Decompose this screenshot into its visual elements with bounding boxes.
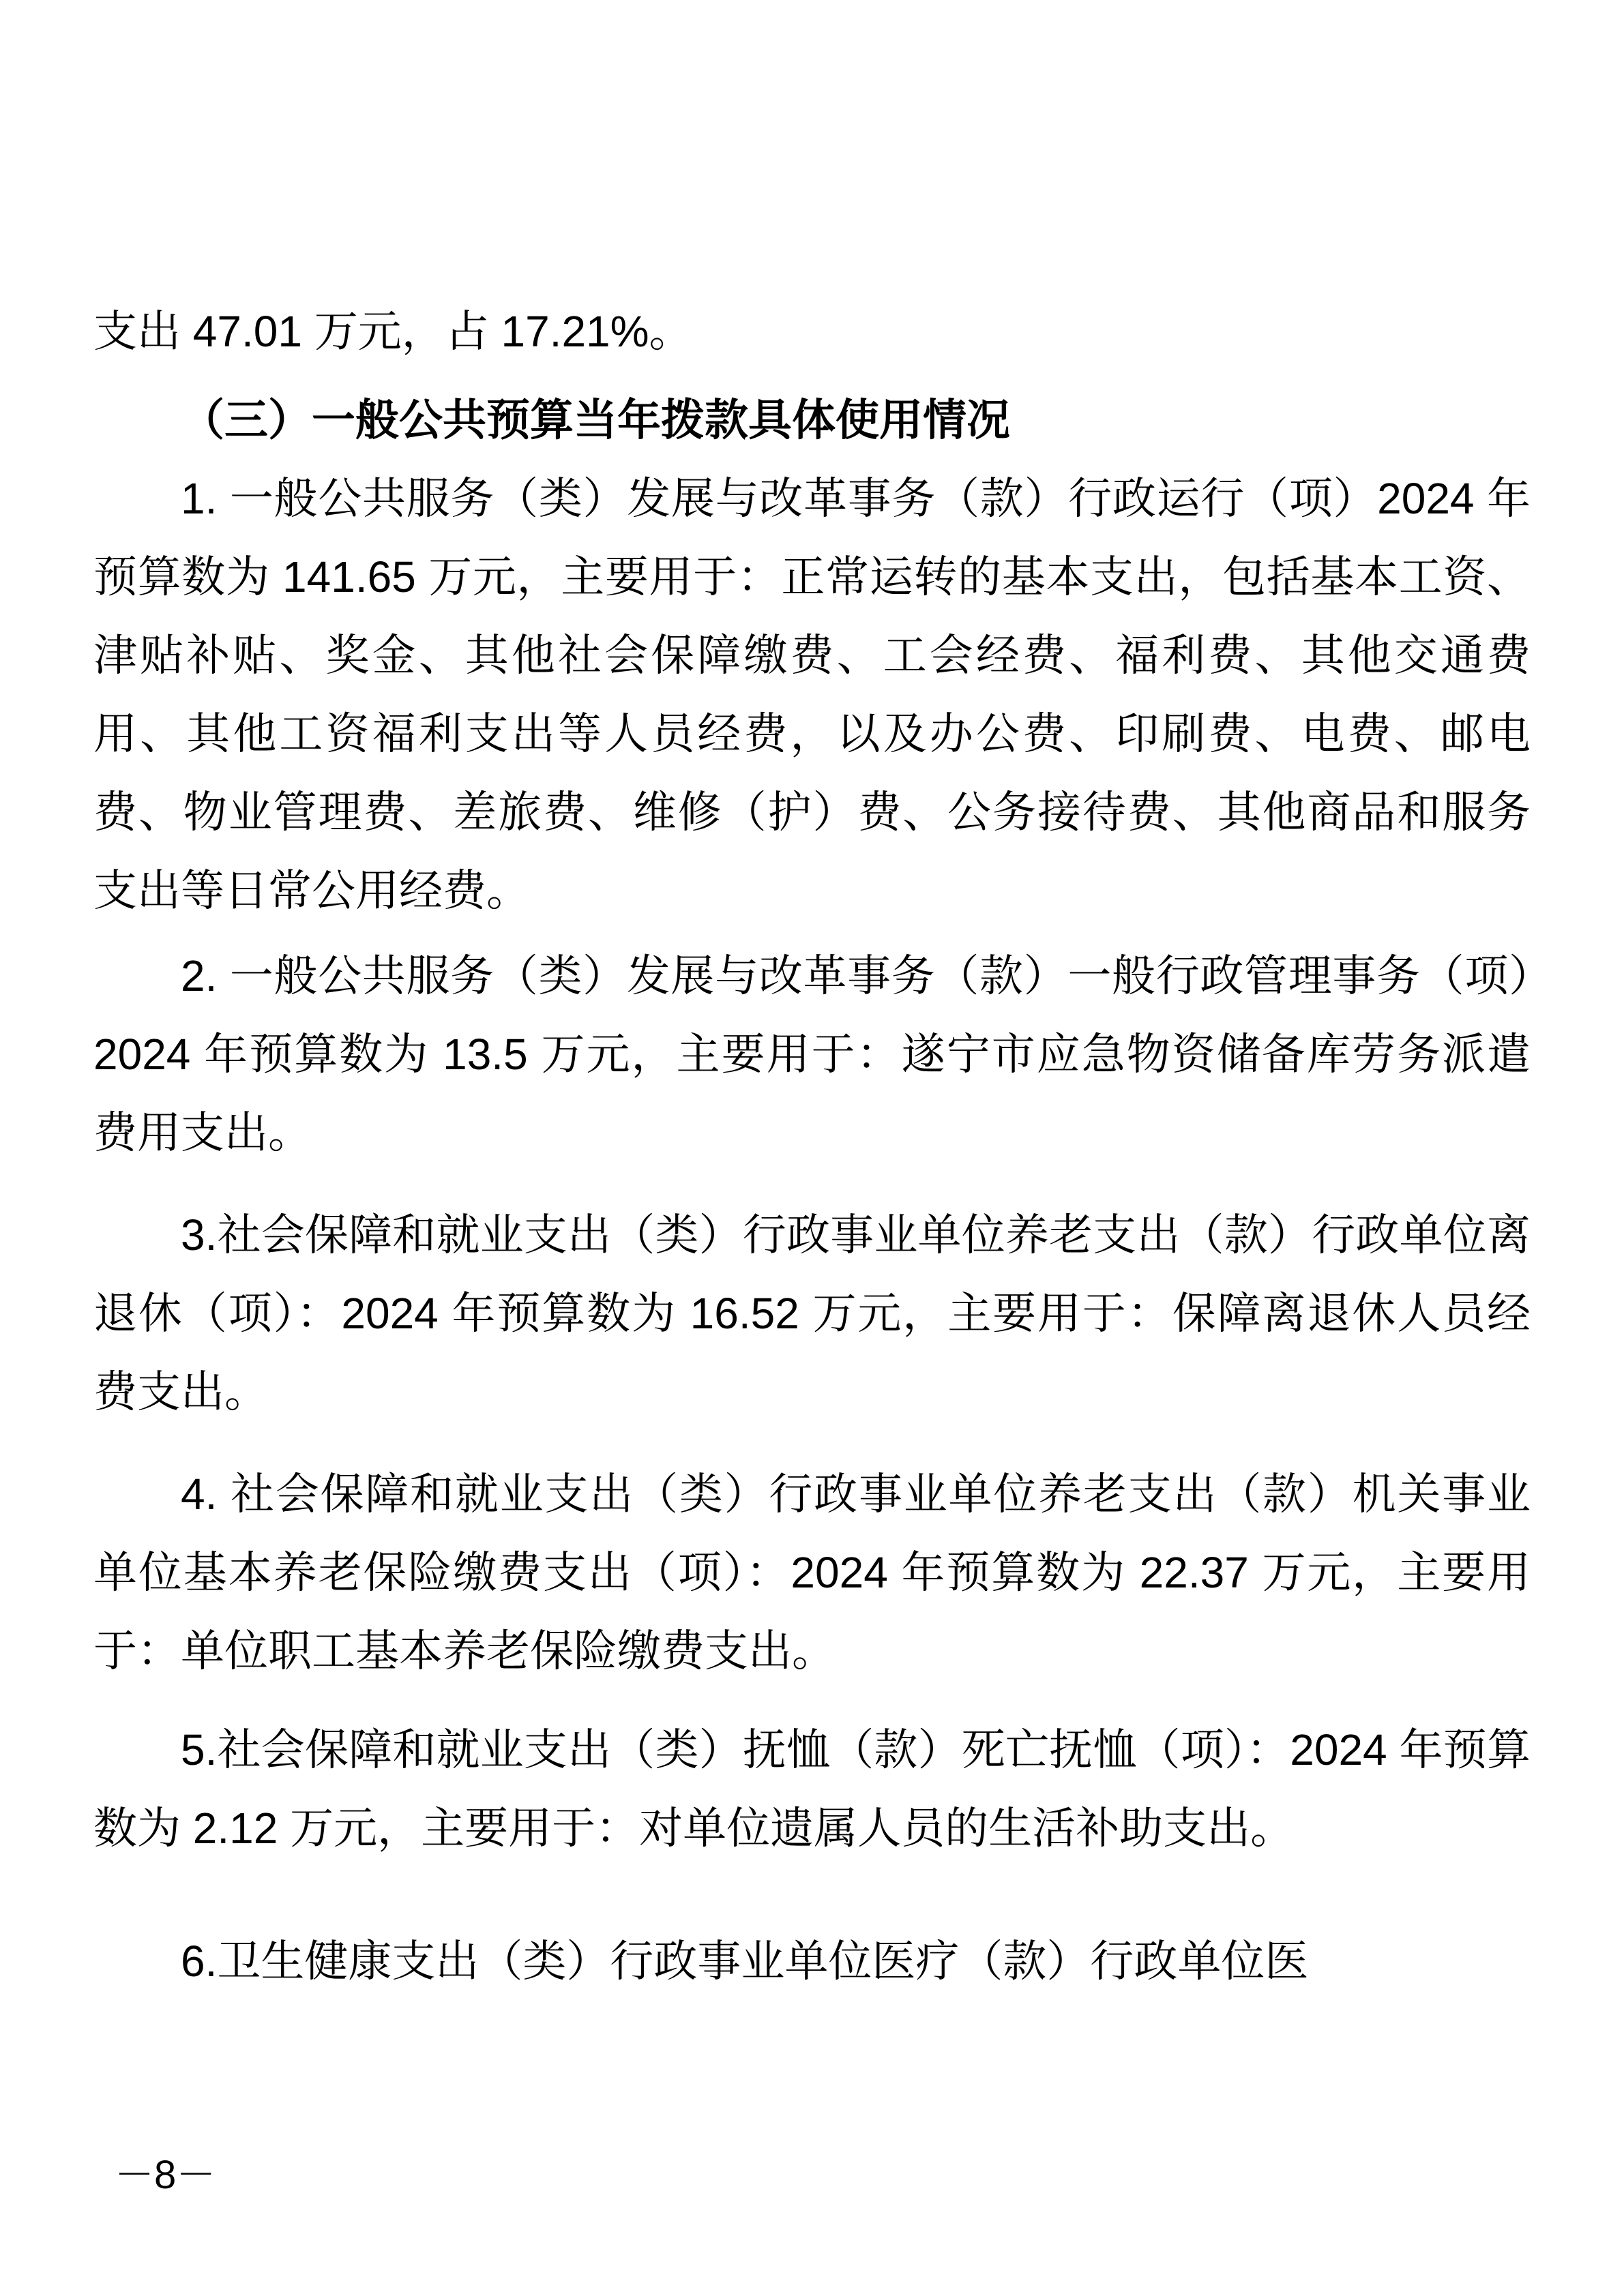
budget-item-paragraph-2: 2. 一般公共服务（类）发展与改革事务（款）一般行政管理事务（项）2024 年预… [93, 937, 1531, 1172]
document-body: 支出 47.01 万元，占 17.21%。 （三）一般公共预算当年拨款具体使用情… [93, 293, 1531, 2001]
budget-item-paragraph-3: 3.社会保障和就业支出（类）行政事业单位养老支出（款）行政单位离退休（项）：20… [93, 1196, 1531, 1431]
page-number: －8－ [115, 2148, 216, 2203]
budget-item-paragraph-4: 4. 社会保障和就业支出（类）行政事业单位养老支出（款）机关事业单位基本养老保险… [93, 1455, 1531, 1690]
document-page: 支出 47.01 万元，占 17.21%。 （三）一般公共预算当年拨款具体使用情… [0, 0, 1624, 2296]
paragraph-continuation: 支出 47.01 万元，占 17.21%。 [93, 293, 1531, 371]
budget-item-paragraph-1: 1. 一般公共服务（类）发展与改革事务（款）行政运行（项）2024 年预算数为 … [93, 460, 1531, 930]
budget-item-paragraph-6: 6.卫生健康支出（类）行政事业单位医疗（款）行政单位医 [93, 1922, 1531, 2001]
section-heading: （三）一般公共预算当年拨款具体使用情况 [93, 381, 1531, 460]
budget-item-paragraph-5: 5.社会保障和就业支出（类）抚恤（款）死亡抚恤（项）：2024 年预算数为 2.… [93, 1711, 1531, 1868]
